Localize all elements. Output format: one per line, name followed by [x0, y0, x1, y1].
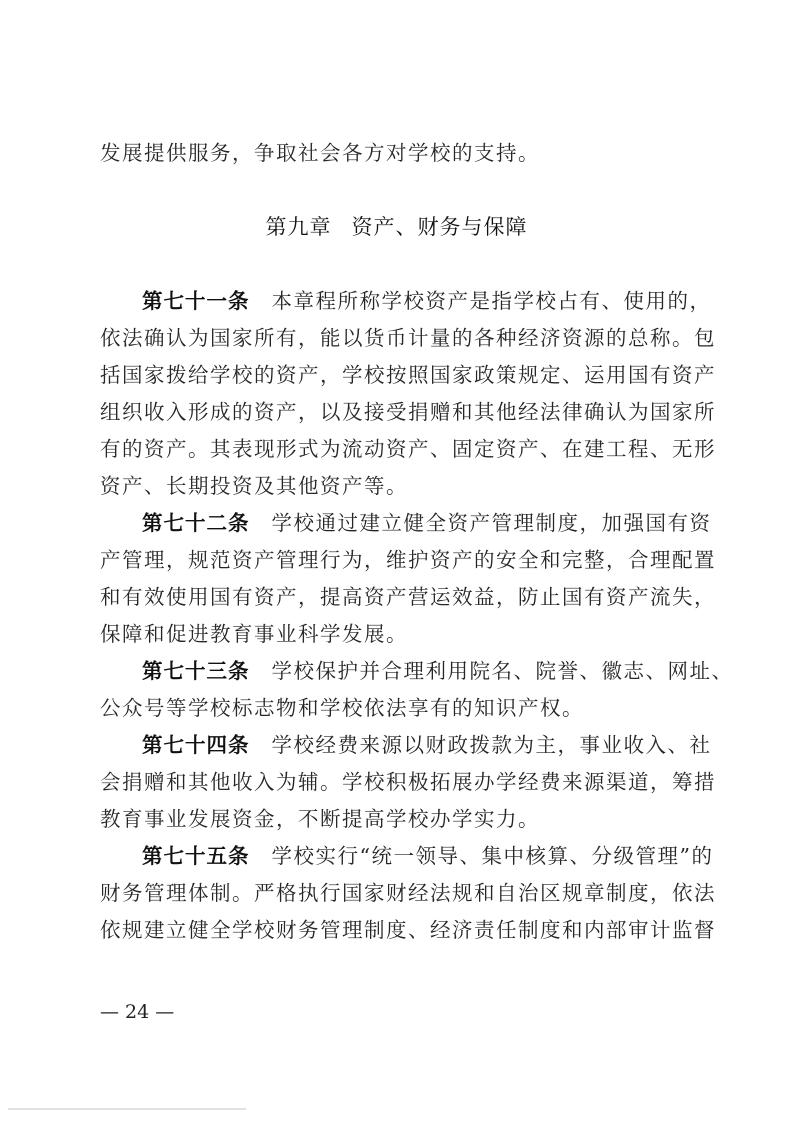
article-75-first-line: 第七十五条学校实行“统一领导、集中核算、分级管理”的	[142, 841, 713, 871]
article-72-first-line: 第七十二条学校通过建立健全资产管理制度，加强国有资	[142, 508, 712, 538]
article-text-line: 有的资产。其表现形式为流动资产、固定资产、在建工程、无形	[100, 434, 716, 464]
article-text-line: 财务管理体制。严格执行国家财经法规和自治区规章制度，依法	[100, 878, 716, 908]
document-page: 发展提供服务，争取社会各方对学校的支持。 第九章资产、财务与保障 第七十一条本章…	[0, 0, 793, 1121]
chapter-title: 资产、财务与保障	[352, 215, 528, 239]
lead-line: 发展提供服务，争取社会各方对学校的支持。	[100, 138, 540, 168]
article-text-line: 组织收入形成的资产，以及接受捐赠和其他经法律确认为国家所	[100, 397, 716, 427]
article-74-first-line: 第七十四条学校经费来源以财政拨款为主，事业收入、社	[142, 730, 712, 760]
article-label: 第七十三条	[142, 659, 250, 683]
article-label: 第七十五条	[142, 844, 250, 868]
scan-edge-divider	[8, 1108, 246, 1110]
article-text-line: 依规建立健全学校财务管理制度、经济责任制度和内部审计监督	[100, 915, 716, 945]
article-text: 本章程所称学校资产是指学校占有、使用的，	[272, 289, 712, 313]
article-text-line: 括国家拨给学校的资产，学校按照国家政策规定、运用国有资产	[100, 360, 716, 390]
article-text: 学校经费来源以财政拨款为主，事业收入、社	[272, 733, 712, 757]
article-text-line: 保障和促进教育事业科学发展。	[100, 619, 408, 649]
article-text-line: 教育事业发展资金，不断提高学校办学实力。	[100, 804, 540, 834]
article-73-first-line: 第七十三条学校保护并合理利用院名、院誉、徽志、网址、	[142, 656, 734, 686]
article-text: 学校实行“统一领导、集中核算、分级管理”的	[272, 844, 714, 868]
chapter-number: 第九章	[266, 215, 332, 239]
article-text-line: 资产、长期投资及其他资产等。	[100, 471, 408, 501]
article-label: 第七十一条	[142, 289, 250, 313]
article-text-line: 依法确认为国家所有，能以货币计量的各种经济资源的总称。包	[100, 323, 716, 353]
page-number: — 24 —	[100, 1001, 174, 1023]
article-label: 第七十二条	[142, 511, 250, 535]
article-text: 学校保护并合理利用院名、院誉、徽志、网址、	[272, 659, 734, 683]
article-text-line: 产管理，规范资产管理行为，维护资产的安全和完整，合理配置	[100, 545, 716, 575]
chapter-heading: 第九章资产、财务与保障	[0, 211, 793, 241]
article-text-line: 会捐赠和其他收入为辅。学校积极拓展办学经费来源渠道，筹措	[100, 767, 716, 797]
article-text-line: 和有效使用国有资产，提高资产营运效益，防止国有资产流失，	[100, 582, 716, 612]
article-71-first-line: 第七十一条本章程所称学校资产是指学校占有、使用的，	[142, 286, 712, 316]
article-label: 第七十四条	[142, 733, 250, 757]
article-text-line: 公众号等学校标志物和学校依法享有的知识产权。	[100, 693, 584, 723]
article-text: 学校通过建立健全资产管理制度，加强国有资	[272, 511, 712, 535]
